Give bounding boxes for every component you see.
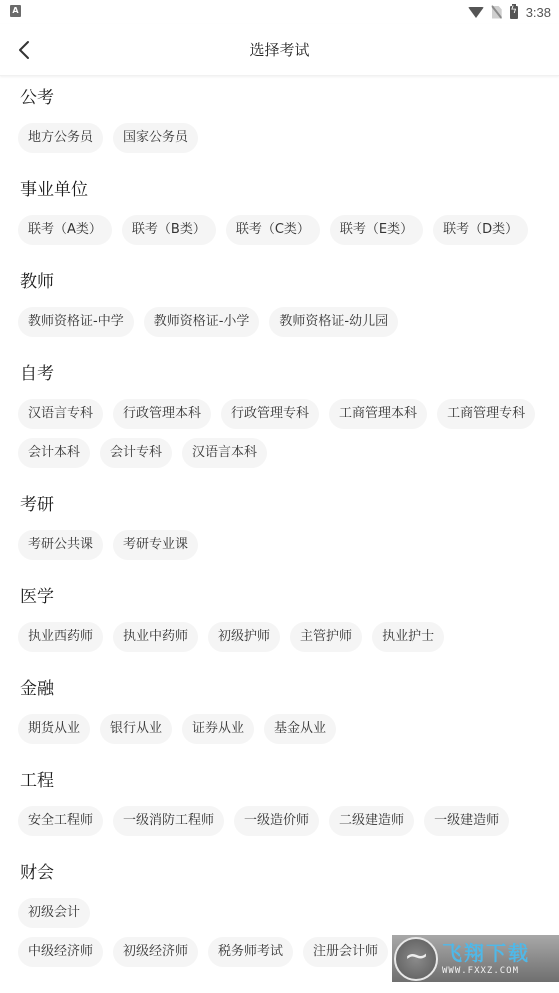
watermark-title: 飞翔下载: [442, 941, 530, 965]
exam-chip[interactable]: 执业护士: [372, 622, 444, 652]
exam-chip[interactable]: 初级经济师: [113, 937, 198, 967]
exam-chip[interactable]: 二级建造师: [329, 806, 414, 836]
exam-chip[interactable]: 注册会计师: [303, 937, 388, 967]
section-title: 金融: [20, 678, 559, 700]
exam-category-list: 公考 地方公务员 国家公务员 事业单位 联考（A类） 联考（B类） 联考（C类）…: [0, 77, 559, 967]
section-title: 公考: [20, 87, 559, 109]
exam-chip[interactable]: 一级消防工程师: [113, 806, 224, 836]
page-title: 选择考试: [0, 39, 559, 60]
exam-chip[interactable]: 执业西药师: [18, 622, 103, 652]
exam-chip[interactable]: 教师资格证-中学: [18, 307, 134, 337]
no-sim-icon: [492, 6, 502, 19]
exam-chip[interactable]: 工商管理本科: [329, 399, 427, 429]
exam-chip[interactable]: 汉语言专科: [18, 399, 103, 429]
status-icons: 3:38: [468, 2, 551, 22]
exam-chip[interactable]: 中级经济师: [18, 937, 103, 967]
exam-chip[interactable]: 税务师考试: [208, 937, 293, 967]
exam-chip[interactable]: 银行从业: [100, 714, 172, 744]
chip-group: 地方公务员 国家公务员: [18, 123, 559, 153]
exam-chip[interactable]: 主管护师: [290, 622, 362, 652]
status-bar: A 3:38: [0, 0, 559, 24]
section-title: 医学: [20, 586, 559, 608]
exam-chip[interactable]: 会计本科: [18, 438, 90, 468]
exam-chip[interactable]: 国家公务员: [113, 123, 198, 153]
section-yixue: 医学 执业西药师 执业中药师 初级护师 主管护师 执业护士: [18, 586, 559, 652]
exam-chip[interactable]: 基金从业: [264, 714, 336, 744]
section-title: 工程: [20, 770, 559, 792]
exam-chip[interactable]: 考研公共课: [18, 530, 103, 560]
section-zikao: 自考 汉语言专科 行政管理本科 行政管理专科 工商管理本科 工商管理专科 会计本…: [18, 363, 559, 468]
section-title: 财会: [20, 862, 559, 884]
watermark-url: WWW.FXXZ.COM: [442, 965, 530, 977]
exam-chip[interactable]: 联考（E类）: [330, 215, 423, 245]
battery-charging-icon: [510, 6, 518, 19]
watermark-text: 飞翔下载 WWW.FXXZ.COM: [442, 941, 530, 977]
chip-group: 联考（A类） 联考（B类） 联考（C类） 联考（E类） 联考（D类）: [18, 215, 559, 245]
exam-chip[interactable]: 考研专业课: [113, 530, 198, 560]
section-jinrong: 金融 期货从业 银行从业 证券从业 基金从业: [18, 678, 559, 744]
exam-chip[interactable]: 会计专科: [100, 438, 172, 468]
exam-chip[interactable]: 执业中药师: [113, 622, 198, 652]
chip-group: 执业西药师 执业中药师 初级护师 主管护师 执业护士: [18, 622, 559, 652]
exam-chip[interactable]: 初级会计: [18, 898, 90, 928]
section-shiye: 事业单位 联考（A类） 联考（B类） 联考（C类） 联考（E类） 联考（D类）: [18, 179, 559, 245]
chip-group: 安全工程师 一级消防工程师 一级造价师 二级建造师 一级建造师: [18, 806, 559, 836]
status-time: 3:38: [526, 5, 551, 20]
exam-chip[interactable]: 联考（A类）: [18, 215, 112, 245]
section-title: 事业单位: [20, 179, 559, 201]
exam-chip[interactable]: 证券从业: [182, 714, 254, 744]
section-jiaoshi: 教师 教师资格证-中学 教师资格证-小学 教师资格证-幼儿园: [18, 271, 559, 337]
exam-chip[interactable]: 工商管理专科: [437, 399, 535, 429]
exam-chip[interactable]: 联考（D类）: [433, 215, 528, 245]
exam-chip[interactable]: 一级建造师: [424, 806, 509, 836]
wifi-icon: [468, 7, 484, 18]
exam-chip[interactable]: 行政管理本科: [113, 399, 211, 429]
exam-chip[interactable]: 安全工程师: [18, 806, 103, 836]
section-gongcheng: 工程 安全工程师 一级消防工程师 一级造价师 二级建造师 一级建造师: [18, 770, 559, 836]
exam-chip[interactable]: 汉语言本科: [182, 438, 267, 468]
exam-chip[interactable]: 行政管理专科: [221, 399, 319, 429]
section-title: 教师: [20, 271, 559, 293]
chip-group: 教师资格证-中学 教师资格证-小学 教师资格证-幼儿园: [18, 307, 559, 337]
chip-group: 期货从业 银行从业 证券从业 基金从业: [18, 714, 559, 744]
section-gongkao: 公考 地方公务员 国家公务员: [18, 87, 559, 153]
chip-group: 考研公共课 考研专业课: [18, 530, 559, 560]
exam-chip[interactable]: 初级护师: [208, 622, 280, 652]
exam-chip[interactable]: 地方公务员: [18, 123, 103, 153]
chip-group: 初级会计: [18, 898, 559, 928]
exam-chip[interactable]: 教师资格证-小学: [144, 307, 260, 337]
exam-chip[interactable]: 教师资格证-幼儿园: [269, 307, 398, 337]
chip-group: 汉语言专科 行政管理本科 行政管理专科 工商管理本科 工商管理专科 会计本科 会…: [18, 399, 559, 468]
exam-chip[interactable]: 联考（C类）: [226, 215, 320, 245]
section-title: 考研: [20, 494, 559, 516]
section-kaoyan: 考研 考研公共课 考研专业课: [18, 494, 559, 560]
a-notification-icon: A: [10, 5, 21, 17]
exam-chip[interactable]: 期货从业: [18, 714, 90, 744]
exam-chip[interactable]: 一级造价师: [234, 806, 319, 836]
title-bar: 选择考试: [0, 24, 559, 76]
watermark-logo-icon: [394, 937, 438, 981]
section-title: 自考: [20, 363, 559, 385]
watermark-overlay: 飞翔下载 WWW.FXXZ.COM: [392, 935, 559, 982]
exam-chip[interactable]: 联考（B类）: [122, 215, 216, 245]
